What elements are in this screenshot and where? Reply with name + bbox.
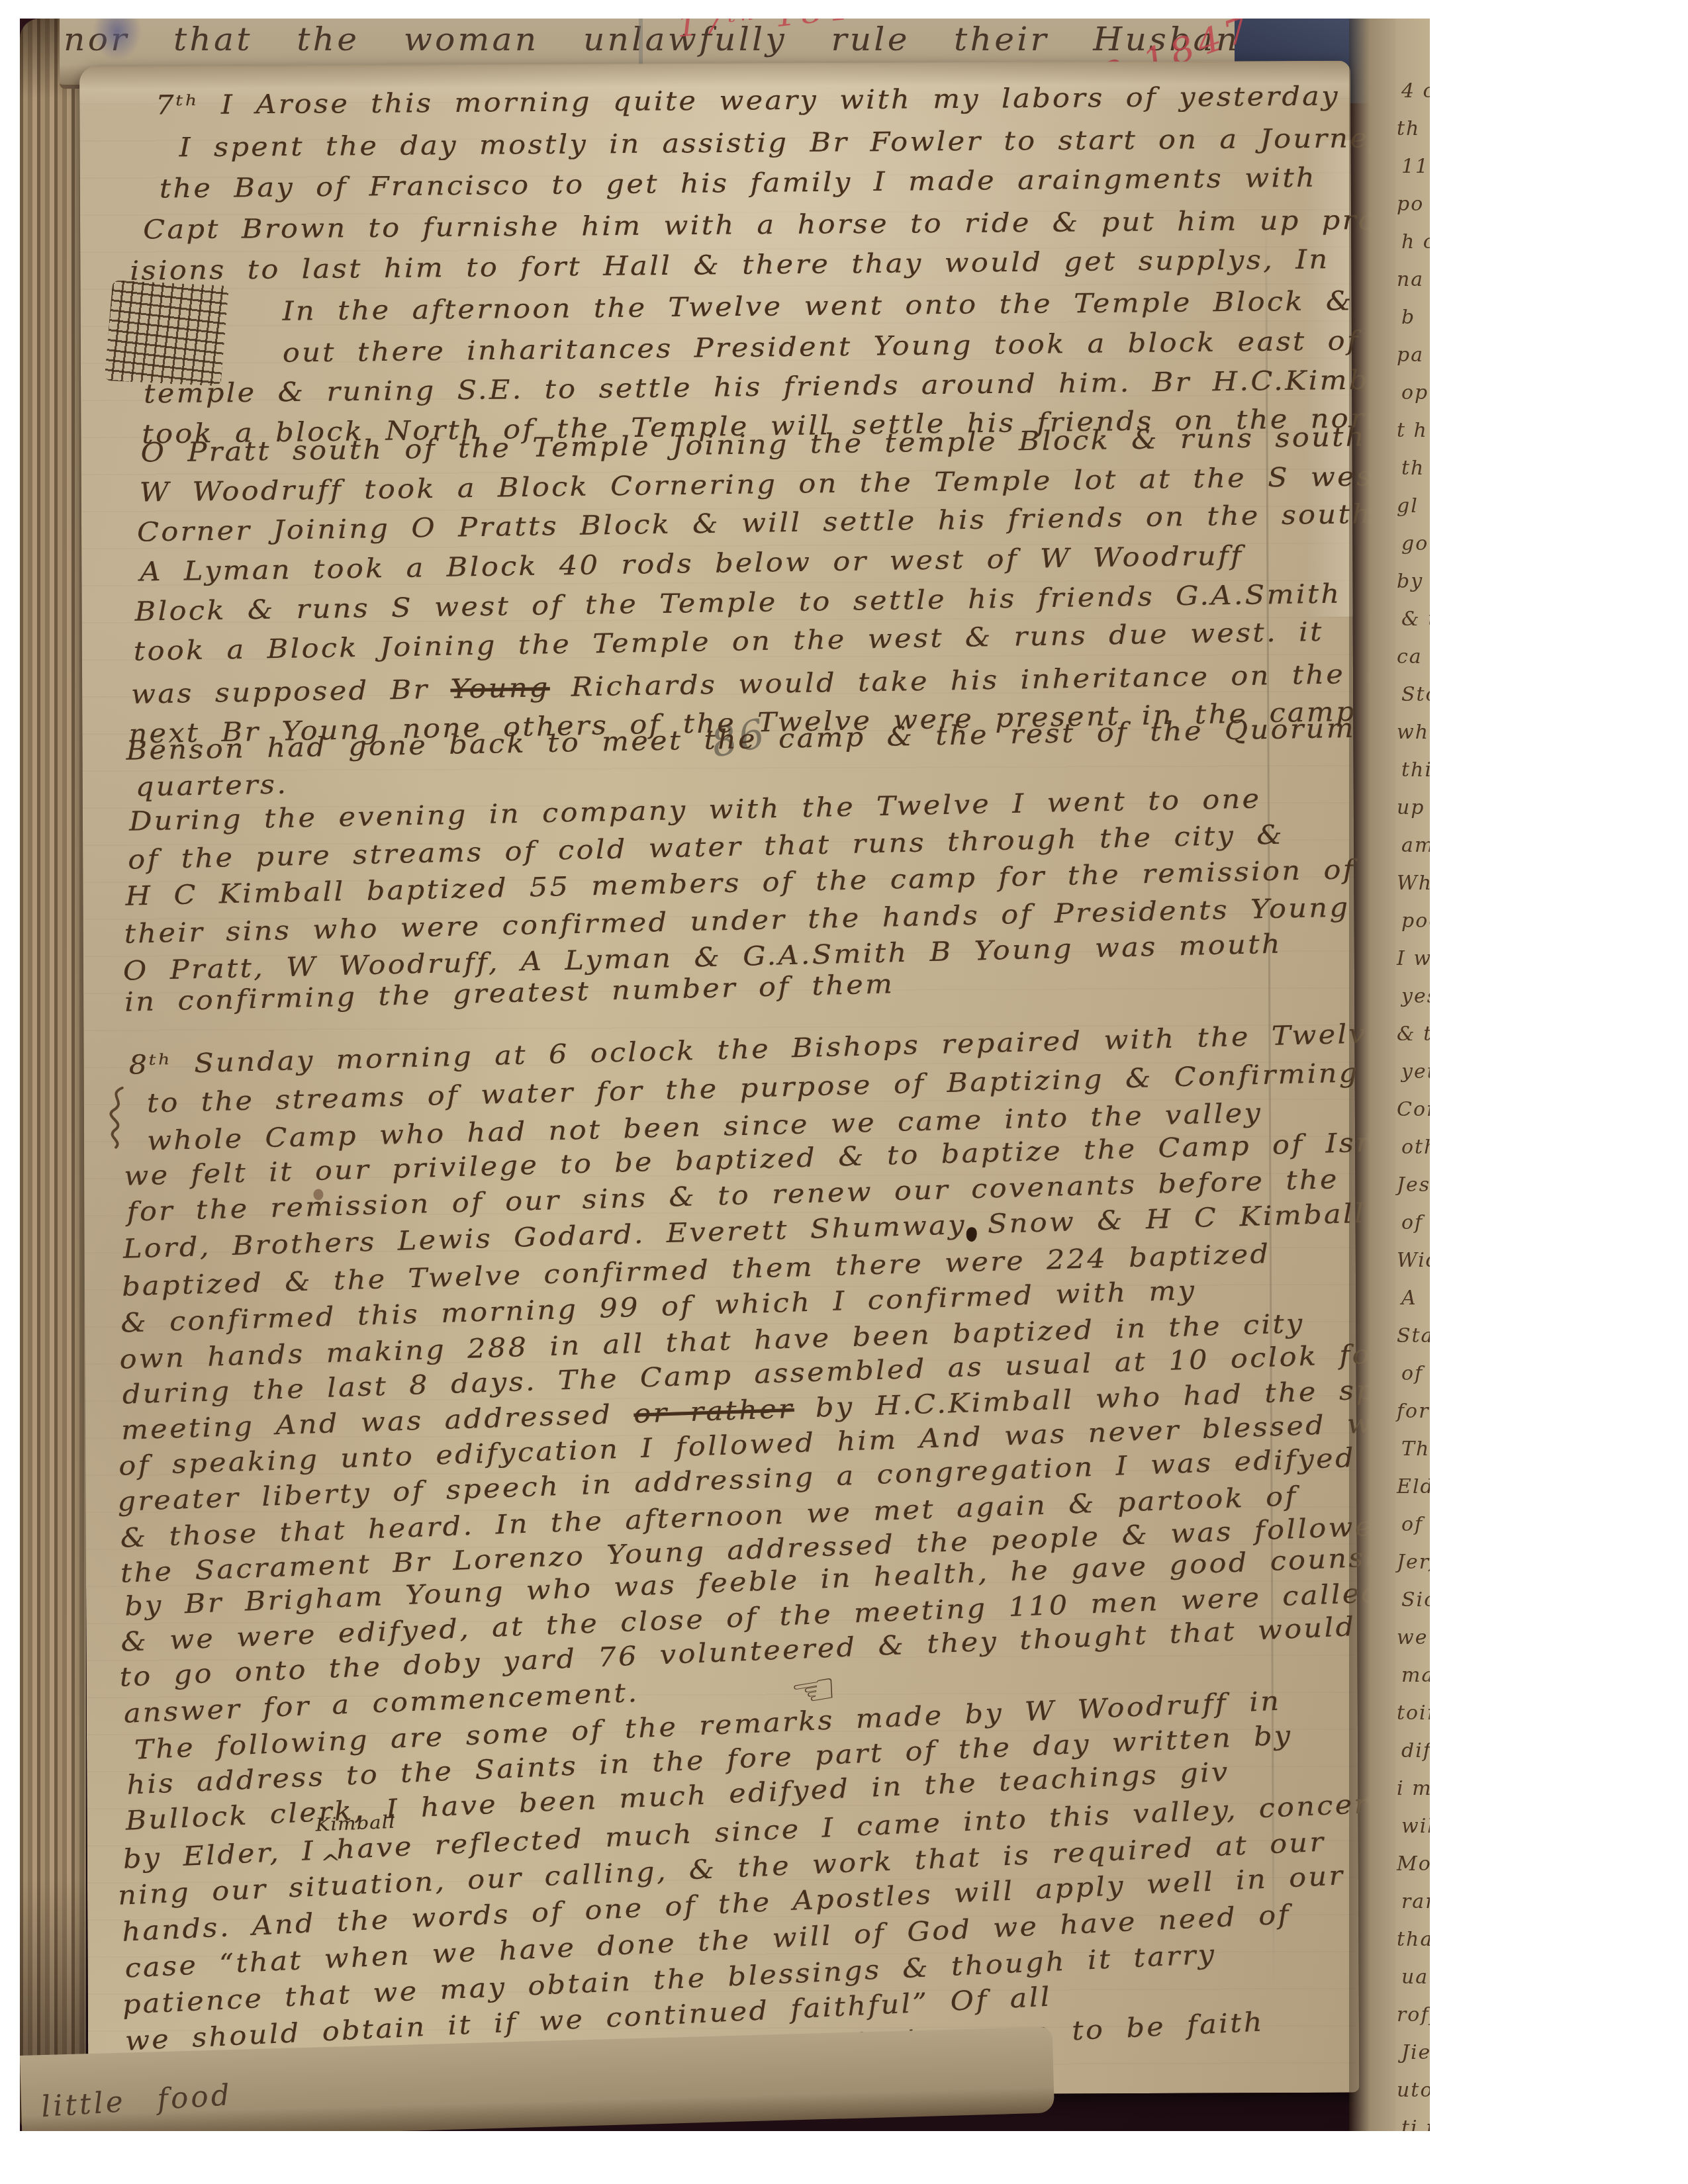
edge-fragment: t h	[1397, 421, 1428, 441]
journal-line: temple & runing S.E. to settle his frien…	[144, 367, 1411, 408]
edge-fragment: Conc	[1397, 1100, 1430, 1120]
edge-fragment: of Ga	[1401, 1213, 1430, 1233]
edge-fragment: uto)p	[1397, 2081, 1430, 2101]
edge-fragment: Th	[1401, 1439, 1430, 1459]
journal-line: quarters.	[135, 771, 288, 800]
journal-line: In the afternoon the Twelve went onto th…	[282, 287, 1430, 324]
journal-line: the Bay of Francisco to get his family I…	[160, 165, 1317, 203]
edge-fragment: & thi	[1397, 1024, 1430, 1044]
edge-fragment: yet c	[1401, 1062, 1430, 1082]
edge-fragment: b	[1401, 308, 1415, 328]
edge-fragment: dif	[1401, 1741, 1430, 1761]
edge-fragment: poor	[1401, 911, 1430, 931]
edge-fragment: oth	[1401, 1138, 1430, 1158]
edge-fragment: I wer	[1397, 949, 1430, 969]
edge-fragment: po	[1397, 195, 1424, 214]
journal-line: 7ᵗʰ I Arose this morning quite weary wit…	[156, 83, 1340, 118]
journal-line: W Woodruff took a Block Cornering on the…	[140, 463, 1387, 506]
edge-fragment: ti mas	[1401, 2118, 1430, 2131]
edge-fragment: A	[1401, 1289, 1417, 1308]
edge-fragment: Wid	[1397, 1251, 1430, 1271]
margin-flourish-icon	[103, 1085, 132, 1149]
ink-smudge	[93, 19, 142, 61]
journal-photo: nor that the woman unlawfully rule their…	[20, 19, 1430, 2131]
edge-fragment: go	[1401, 534, 1429, 554]
journal-line: Block & runs S west of the Temple to set…	[134, 581, 1341, 625]
edge-fragment: i mi	[1397, 1779, 1430, 1799]
edge-fragment: th	[1397, 119, 1420, 139]
edge-fragment: up	[1397, 798, 1425, 818]
edge-fragment: Stat	[1397, 1326, 1430, 1346]
edge-fragment: 4 c	[1401, 81, 1430, 101]
journal-line: A Lyman took a Block 40 rods below or we…	[140, 543, 1244, 586]
edge-fragment: yesth	[1401, 987, 1430, 1007]
edge-fragment: who	[1397, 723, 1430, 743]
edge-fragment: Sick	[1401, 1590, 1430, 1610]
edge-fragment: of So	[1401, 1515, 1430, 1535]
edge-fragment: 11	[1401, 157, 1429, 177]
edge-fragment: by	[1397, 572, 1423, 592]
edge-fragment: of t	[1401, 1364, 1430, 1384]
edge-fragment: gl	[1397, 496, 1419, 516]
journal-line: I spent the day mostly in assistig Br Fo…	[179, 124, 1430, 161]
edge-fragment: Mova	[1397, 1854, 1430, 1874]
edge-fragment: na	[1397, 270, 1424, 290]
edge-fragment: Elda	[1397, 1477, 1430, 1497]
edge-fragment: pa	[1397, 345, 1424, 365]
edge-fragment: op	[1401, 383, 1429, 403]
edge-fragment: Wh	[1397, 874, 1430, 893]
journal-line: isions to last him to fort Hall & there …	[130, 246, 1329, 284]
edge-fragment: ca	[1397, 647, 1423, 667]
edge-fragment: uarot	[1401, 1968, 1430, 1987]
journal-line: Kimball	[315, 1813, 396, 1835]
book-gutter	[1349, 19, 1395, 2131]
edge-fragment: ma	[1401, 1666, 1430, 1686]
edge-fragment: we	[1397, 1628, 1428, 1648]
edge-fragment: for	[1397, 1402, 1430, 1422]
journal-line: out there inharitances President Young t…	[283, 327, 1430, 367]
journal-line: Capt Brown to furnishe him with a horse …	[143, 207, 1396, 244]
page-beneath-text: little food	[40, 2081, 233, 2122]
edge-fragment: thi	[1401, 760, 1430, 780]
edge-fragment: Jestr	[1397, 1175, 1430, 1195]
facing-page-strip: 4 cth11poh cnabpaopt hthglgoby& tcaStowh…	[1395, 19, 1430, 2131]
edge-fragment: thars o	[1397, 1930, 1430, 1950]
edge-fragment: rangao	[1401, 1892, 1430, 1912]
edge-fragment: roffara	[1397, 2005, 1430, 2025]
book-fore-edge	[20, 19, 86, 2131]
edge-fragment: Jer,	[1397, 1553, 1430, 1572]
edge-fragment: Sto	[1401, 685, 1430, 705]
edge-fragment: will bl	[1401, 1817, 1430, 1837]
edge-fragment: h c	[1401, 232, 1430, 252]
edge-fragment: toin	[1397, 1704, 1430, 1723]
edge-fragment: Jier A	[1401, 2043, 1430, 2063]
edge-fragment: & t	[1401, 610, 1430, 629]
previous-page-text: nor that the woman unlawfully rule their…	[64, 24, 1284, 56]
edge-fragment: th	[1401, 459, 1425, 478]
journal-page: 86 ☜ 7ᵗʰ I Arose this morning quite wear…	[79, 61, 1359, 2098]
journal-line: Corner Joining O Pratts Block & will set…	[137, 501, 1373, 546]
plat-grid-sketch	[105, 280, 229, 386]
edge-fragment: amo	[1401, 836, 1430, 856]
journal-line: took a Block Joining the Temple on the w…	[134, 619, 1324, 665]
